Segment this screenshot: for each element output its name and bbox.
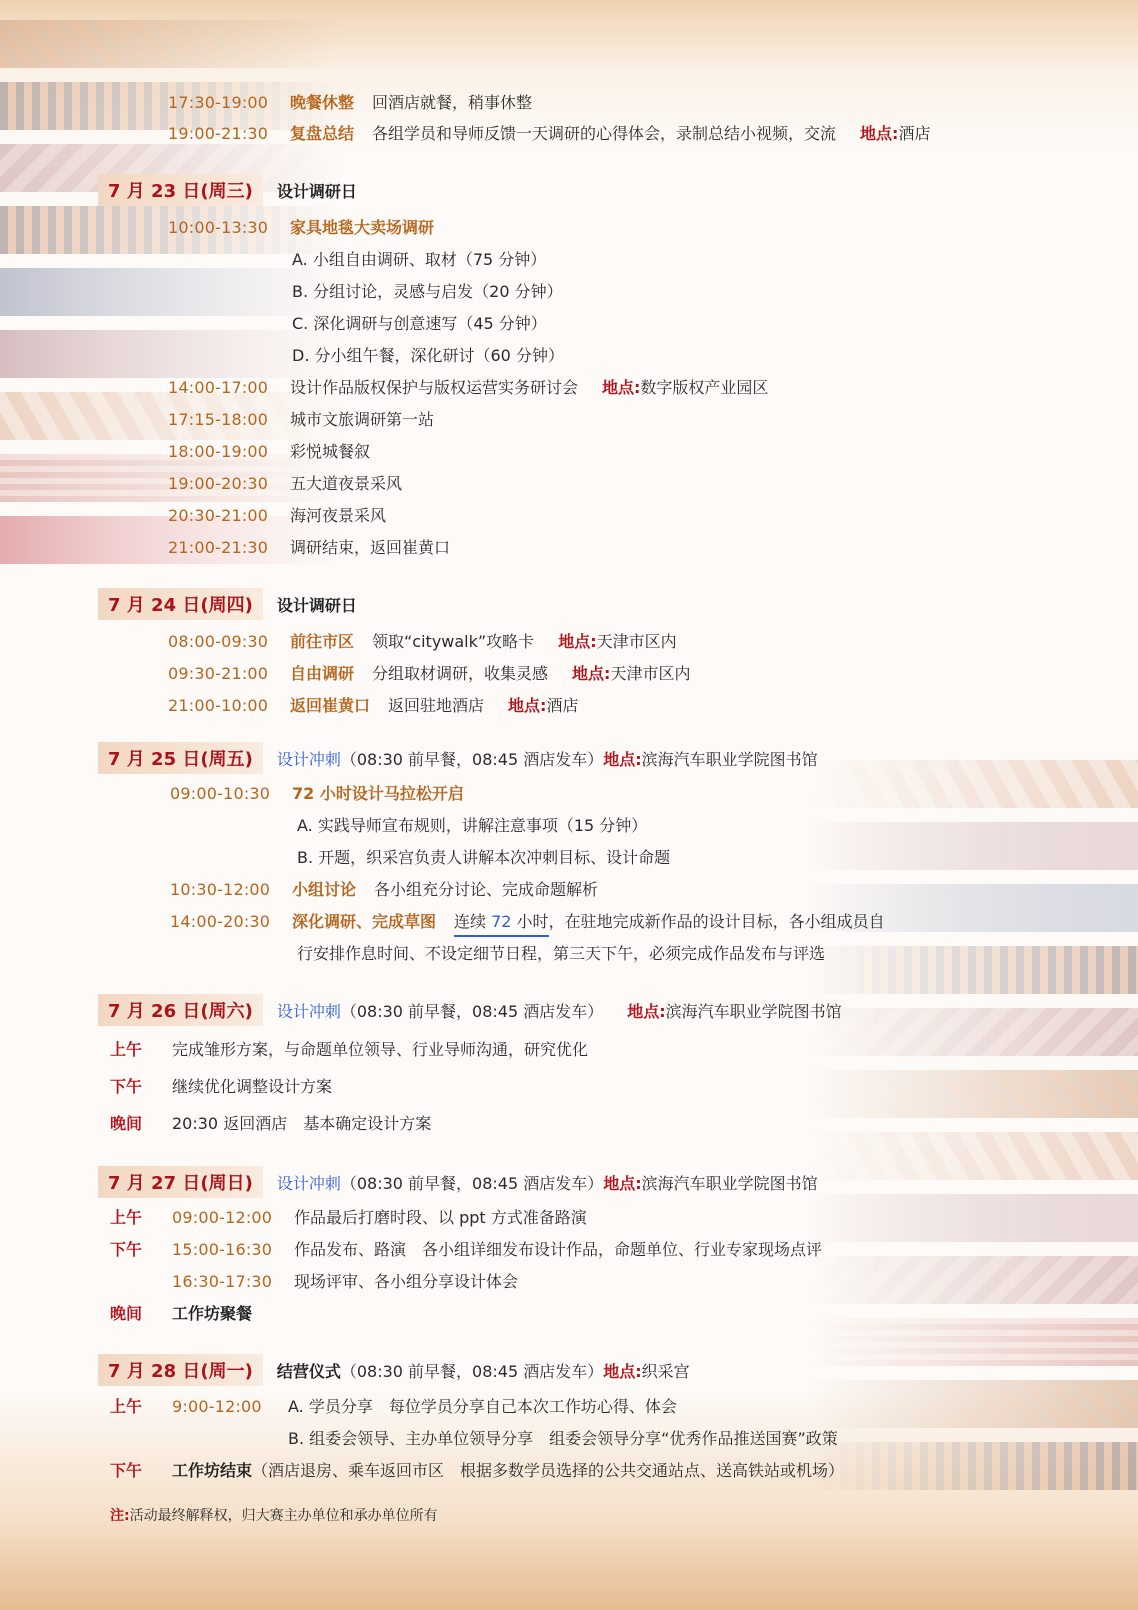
time: 09:30-21:00 xyxy=(168,664,290,683)
activity-desc: 调研结束，返回崔黄口 xyxy=(290,535,450,558)
sub-item: B. 开题，织采宫负责人讲解本次冲刺目标、设计命题 xyxy=(297,845,670,868)
day-title: 设计调研日 xyxy=(277,593,357,616)
time: 10:00-13:30 xyxy=(168,218,290,237)
time: 9:00-12:00 xyxy=(172,1397,288,1416)
activity-desc: 海河夜景采风 xyxy=(290,503,386,526)
day-note: （08:30 前早餐，08:45 酒店发车） xyxy=(341,999,603,1022)
schedule-row: 17:30-19:00 晚餐休整 回酒店就餐，稍事休整 xyxy=(168,90,532,113)
activity-desc: 完成雏形方案，与命题单位领导、行业导师沟通，研究优化 xyxy=(172,1037,588,1060)
day-header-0728: 7 月 28 日(周一) 结营仪式 （08:30 前早餐，08:45 酒店发车）… xyxy=(98,1355,690,1385)
activity-desc: 设计作品版权保护与版权运营实务研讨会 xyxy=(290,375,578,398)
activity-desc: 城市文旅调研第一站 xyxy=(290,407,434,430)
activity-desc: 各组学员和导师反馈一天调研的心得体会，录制总结小视频，交流 xyxy=(372,121,836,144)
time: 19:00-20:30 xyxy=(168,474,290,493)
location-value: 天津市区内 xyxy=(597,629,677,652)
time: 19:00-21:30 xyxy=(168,124,290,143)
schedule-row: 下午 继续优化调整设计方案 xyxy=(110,1074,332,1097)
activity-title: 复盘总结 xyxy=(290,121,354,144)
schedule-row: 09:00-10:30 72 小时设计马拉松开启 xyxy=(170,781,482,804)
day-title: 设计冲刺 xyxy=(277,999,341,1022)
activity-title: 72 小时设计马拉松开启 xyxy=(292,781,464,804)
sub-item: A. 小组自由调研、取材（75 分钟） xyxy=(292,247,546,270)
location-label: 地点: xyxy=(603,1171,641,1194)
activity-title: 家具地毯大卖场调研 xyxy=(290,215,434,238)
location-value: 滨海汽车职业学院图书馆 xyxy=(642,747,818,770)
day-header-0725: 7 月 25 日(周五) 设计冲刺 （08:30 前早餐，08:45 酒店发车）… xyxy=(98,743,818,773)
activity-desc: 五大道夜景采风 xyxy=(290,471,402,494)
activity-desc: 分组取材调研，收集灵感 xyxy=(372,661,548,684)
activity-desc: 20:30 返回酒店 基本确定设计方案 xyxy=(172,1111,431,1134)
schedule-row: 20:30-21:00 海河夜景采风 xyxy=(168,503,386,526)
time: 15:00-16:30 xyxy=(172,1240,294,1259)
schedule-row: 晚间 工作坊聚餐 xyxy=(110,1301,252,1324)
period-label: 上午 xyxy=(110,1394,172,1417)
activity-title: 自由调研 xyxy=(290,661,354,684)
time: 16:30-17:30 xyxy=(172,1272,294,1291)
schedule-row: 09:30-21:00 自由调研 分组取材调研，收集灵感 地点: 天津市区内 xyxy=(168,661,690,684)
activity-title: 返回崔黄口 xyxy=(290,693,370,716)
period-label: 下午 xyxy=(110,1074,172,1097)
time: 21:00-10:00 xyxy=(168,696,290,715)
schedule-row: 17:15-18:00 城市文旅调研第一站 xyxy=(168,407,434,430)
activity-title: 晚餐休整 xyxy=(290,90,354,113)
schedule-row: 10:00-13:30 家具地毯大卖场调研 xyxy=(168,215,452,238)
time: 14:00-17:00 xyxy=(168,378,290,397)
time: 21:00-21:30 xyxy=(168,538,290,557)
day-header-0723: 7 月 23 日(周三) 设计调研日 xyxy=(98,175,357,205)
footnote-label: 注: xyxy=(110,1505,130,1525)
schedule-row: 上午 完成雏形方案，与命题单位领导、行业导师沟通，研究优化 xyxy=(110,1037,588,1060)
schedule-document: 17:30-19:00 晚餐休整 回酒店就餐，稍事休整 19:00-21:30 … xyxy=(0,0,1138,1610)
sub-item: D. 分小组午餐，深化研讨（60 分钟） xyxy=(292,343,564,366)
activity-desc: 各小组充分讨论、完成命题解析 xyxy=(374,877,598,900)
period-label: 上午 xyxy=(110,1037,172,1060)
activity-desc: （酒店退房、乘车返回市区 根据多数学员选择的公共交通站点、送高铁站或机场） xyxy=(252,1458,844,1481)
location-value: 织采宫 xyxy=(642,1359,690,1382)
schedule-row: 19:00-20:30 五大道夜景采风 xyxy=(168,471,402,494)
location-value: 滨海汽车职业学院图书馆 xyxy=(666,999,842,1022)
day-note: （08:30 前早餐，08:45 酒店发车） xyxy=(341,747,603,770)
day-date: 7 月 23 日(周三) xyxy=(98,174,263,206)
activity-desc: 现场评审、各小组分享设计体会 xyxy=(294,1269,518,1292)
location-value: 酒店 xyxy=(546,693,578,716)
activity-title: 工作坊结束 xyxy=(172,1458,252,1481)
activity-title: 小组讨论 xyxy=(292,877,356,900)
day-date: 7 月 25 日(周五) xyxy=(98,742,263,774)
activity-title: 前往市区 xyxy=(290,629,354,652)
day-note: （08:30 前早餐，08:45 酒店发车） xyxy=(341,1171,603,1194)
activity-title: 工作坊聚餐 xyxy=(172,1301,252,1324)
location-value: 酒店 xyxy=(898,121,930,144)
schedule-row: 晚间 20:30 返回酒店 基本确定设计方案 xyxy=(110,1111,431,1134)
schedule-row: 下午 15:00-16:30 作品发布、路演 各小组详细发布设计作品，命题单位、… xyxy=(110,1237,822,1260)
sub-item: C. 深化调研与创意速写（45 分钟） xyxy=(292,311,547,334)
location-label: 地点: xyxy=(627,999,665,1022)
day-title: 设计调研日 xyxy=(277,179,357,202)
location-label: 地点: xyxy=(603,1359,641,1382)
time: 14:00-20:30 xyxy=(170,912,292,931)
schedule-row: 16:30-17:30 现场评审、各小组分享设计体会 xyxy=(110,1269,518,1292)
schedule-row: 21:00-21:30 调研结束，返回崔黄口 xyxy=(168,535,450,558)
day-title: 设计冲刺 xyxy=(277,1171,341,1194)
location-value: 数字版权产业园区 xyxy=(640,375,768,398)
period-label: 上午 xyxy=(110,1205,172,1228)
schedule-row: 上午 9:00-12:00 A. 学员分享 每位学员分享自己本次工作坊心得、体会 xyxy=(110,1394,677,1417)
day-title: 设计冲刺 xyxy=(277,747,341,770)
sub-item: B. 组委会领导、主办单位领导分享 组委会领导分享“优秀作品推送国赛”政策 xyxy=(288,1426,838,1449)
sub-item: B. 分组讨论，灵感与启发（20 分钟） xyxy=(292,279,563,302)
day-date: 7 月 26 日(周六) xyxy=(98,994,263,1026)
day-header-0724: 7 月 24 日(周四) 设计调研日 xyxy=(98,589,357,619)
activity-desc: A. 学员分享 每位学员分享自己本次工作坊心得、体会 xyxy=(288,1394,677,1417)
time: 18:00-19:00 xyxy=(168,442,290,461)
activity-desc: 返回驻地酒店 xyxy=(388,693,484,716)
location-value: 滨海汽车职业学院图书馆 xyxy=(642,1171,818,1194)
time: 08:00-09:30 xyxy=(168,632,290,651)
location-value: 天津市区内 xyxy=(610,661,690,684)
location-label: 地点: xyxy=(602,375,640,398)
activity-title: 深化调研、完成草图 xyxy=(292,909,436,932)
activity-desc-continued: 行安排作息时间、不设定细节日程，第三天下午，必须完成作品发布与评选 xyxy=(297,941,825,964)
emphasis-72-hours: 连续 72 小时 xyxy=(454,909,549,937)
schedule-row: 21:00-10:00 返回崔黄口 返回驻地酒店 地点: 酒店 xyxy=(168,693,578,716)
day-date: 7 月 28 日(周一) xyxy=(98,1354,263,1386)
schedule-row: 14:00-17:00 设计作品版权保护与版权运营实务研讨会 地点: 数字版权产… xyxy=(168,375,768,398)
activity-desc: 回酒店就餐，稍事休整 xyxy=(372,90,532,113)
time: 10:30-12:00 xyxy=(170,880,292,899)
day-header-0726: 7 月 26 日(周六) 设计冲刺 （08:30 前早餐，08:45 酒店发车）… xyxy=(98,995,842,1025)
period-label: 晚间 xyxy=(110,1301,172,1324)
location-label: 地点: xyxy=(603,747,641,770)
time: 09:00-12:00 xyxy=(172,1208,294,1227)
schedule-row: 08:00-09:30 前往市区 领取“citywalk”攻略卡 地点: 天津市… xyxy=(168,629,677,652)
activity-desc: 作品发布、路演 各小组详细发布设计作品，命题单位、行业专家现场点评 xyxy=(294,1237,822,1260)
day-title: 结营仪式 xyxy=(277,1359,341,1382)
time: 17:15-18:00 xyxy=(168,410,290,429)
time: 20:30-21:00 xyxy=(168,506,290,525)
schedule-row: 19:00-21:30 复盘总结 各组学员和导师反馈一天调研的心得体会，录制总结… xyxy=(168,121,930,144)
activity-desc: 彩悦城餐叙 xyxy=(290,439,370,462)
location-label: 地点: xyxy=(508,693,546,716)
sub-item: A. 实践导师宣布规则，讲解注意事项（15 分钟） xyxy=(297,813,647,836)
period-label: 晚间 xyxy=(110,1111,172,1134)
footnote-text: 活动最终解释权，归大赛主办单位和承办单位所有 xyxy=(130,1505,438,1525)
schedule-row: 18:00-19:00 彩悦城餐叙 xyxy=(168,439,370,462)
activity-desc: 继续优化调整设计方案 xyxy=(172,1074,332,1097)
schedule-row: 10:30-12:00 小组讨论 各小组充分讨论、完成命题解析 xyxy=(170,877,598,900)
period-label: 下午 xyxy=(110,1458,172,1481)
location-label: 地点: xyxy=(558,629,596,652)
location-label: 地点: xyxy=(860,121,898,144)
location-label: 地点: xyxy=(572,661,610,684)
activity-desc: ，在驻地完成新作品的设计目标，各小组成员自 xyxy=(549,909,885,932)
day-date: 7 月 24 日(周四) xyxy=(98,588,263,620)
schedule-row: 下午 工作坊结束 （酒店退房、乘车返回市区 根据多数学员选择的公共交通站点、送高… xyxy=(110,1458,844,1481)
activity-desc: 领取“citywalk”攻略卡 xyxy=(372,629,534,652)
schedule-row: 上午 09:00-12:00 作品最后打磨时段、以 ppt 方式准备路演 xyxy=(110,1205,587,1228)
day-note: （08:30 前早餐，08:45 酒店发车） xyxy=(341,1359,603,1382)
time: 09:00-10:30 xyxy=(170,784,292,803)
schedule-row: 14:00-20:30 深化调研、完成草图 连续 72 小时 ，在驻地完成新作品… xyxy=(170,909,885,937)
day-header-0727: 7 月 27 日(周日) 设计冲刺 （08:30 前早餐，08:45 酒店发车）… xyxy=(98,1167,818,1197)
day-date: 7 月 27 日(周日) xyxy=(98,1166,263,1198)
period-label: 下午 xyxy=(110,1237,172,1260)
time: 17:30-19:00 xyxy=(168,93,290,112)
footnote: 注: 活动最终解释权，归大赛主办单位和承办单位所有 xyxy=(110,1505,438,1525)
activity-desc: 作品最后打磨时段、以 ppt 方式准备路演 xyxy=(294,1205,587,1228)
